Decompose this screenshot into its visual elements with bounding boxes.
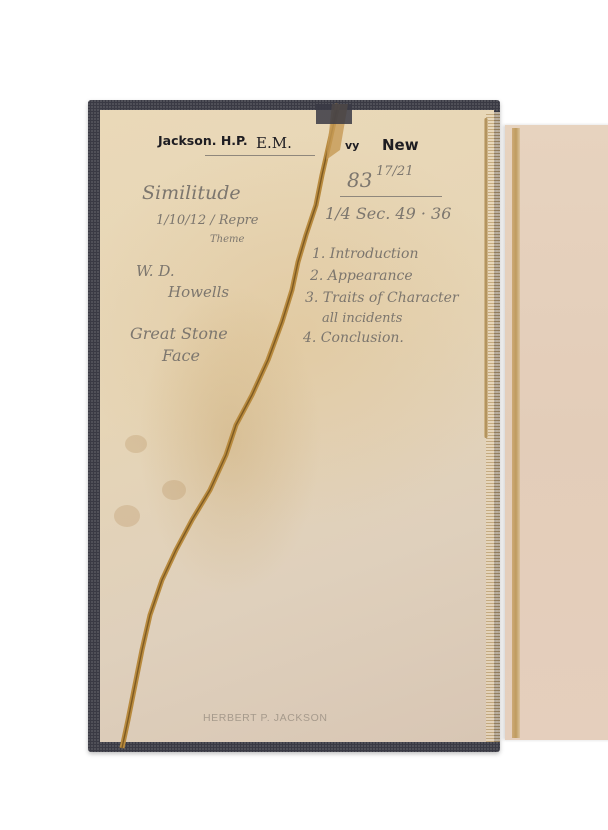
water-stain: [162, 480, 186, 500]
pencil-title: Similitude: [142, 182, 241, 204]
hinge-mull-strip: [486, 112, 500, 742]
outline-item-1: 1. Introduction: [312, 246, 418, 262]
outline-item-3-cont: all incidents: [322, 311, 402, 326]
water-stain: [114, 505, 140, 527]
pencil-number: 83: [347, 168, 372, 192]
owner-stamp: HERBERT P. JACKSON: [203, 712, 328, 724]
flyleaf-gutter-stain: [512, 128, 520, 738]
water-stain: [125, 435, 147, 453]
pencil-rule: [340, 196, 442, 197]
book-photo: Jackson. H.P. E.M. vy New 83 17/21 1/4 S…: [0, 0, 608, 830]
outline-item-2: 2. Appearance: [310, 268, 413, 284]
outline-item-4: 4. Conclusion.: [303, 330, 404, 346]
suffix-ink: vy: [345, 139, 359, 152]
pencil-theme: Theme: [210, 234, 244, 245]
pencil-section: 1/4 Sec. 49 · 36: [325, 204, 451, 223]
pencil-fraction: 17/21: [376, 164, 413, 179]
initials-ink: E.M.: [256, 134, 292, 152]
outline-item-3: 3. Traits of Character: [305, 290, 459, 306]
facing-flyleaf: [505, 125, 608, 740]
spine-cord: [484, 118, 488, 438]
underline: [205, 155, 315, 156]
owner-name-ink: Jackson. H.P.: [158, 133, 248, 148]
pencil-author-surname: Howells: [168, 283, 229, 301]
new-word-ink: New: [382, 136, 419, 154]
pencil-work-line-2: Face: [162, 346, 200, 365]
pencil-author-initials: W. D.: [136, 262, 175, 280]
pencil-work-line-1: Great Stone: [130, 324, 228, 343]
pencil-date: 1/10/12 / Repre: [156, 213, 258, 228]
